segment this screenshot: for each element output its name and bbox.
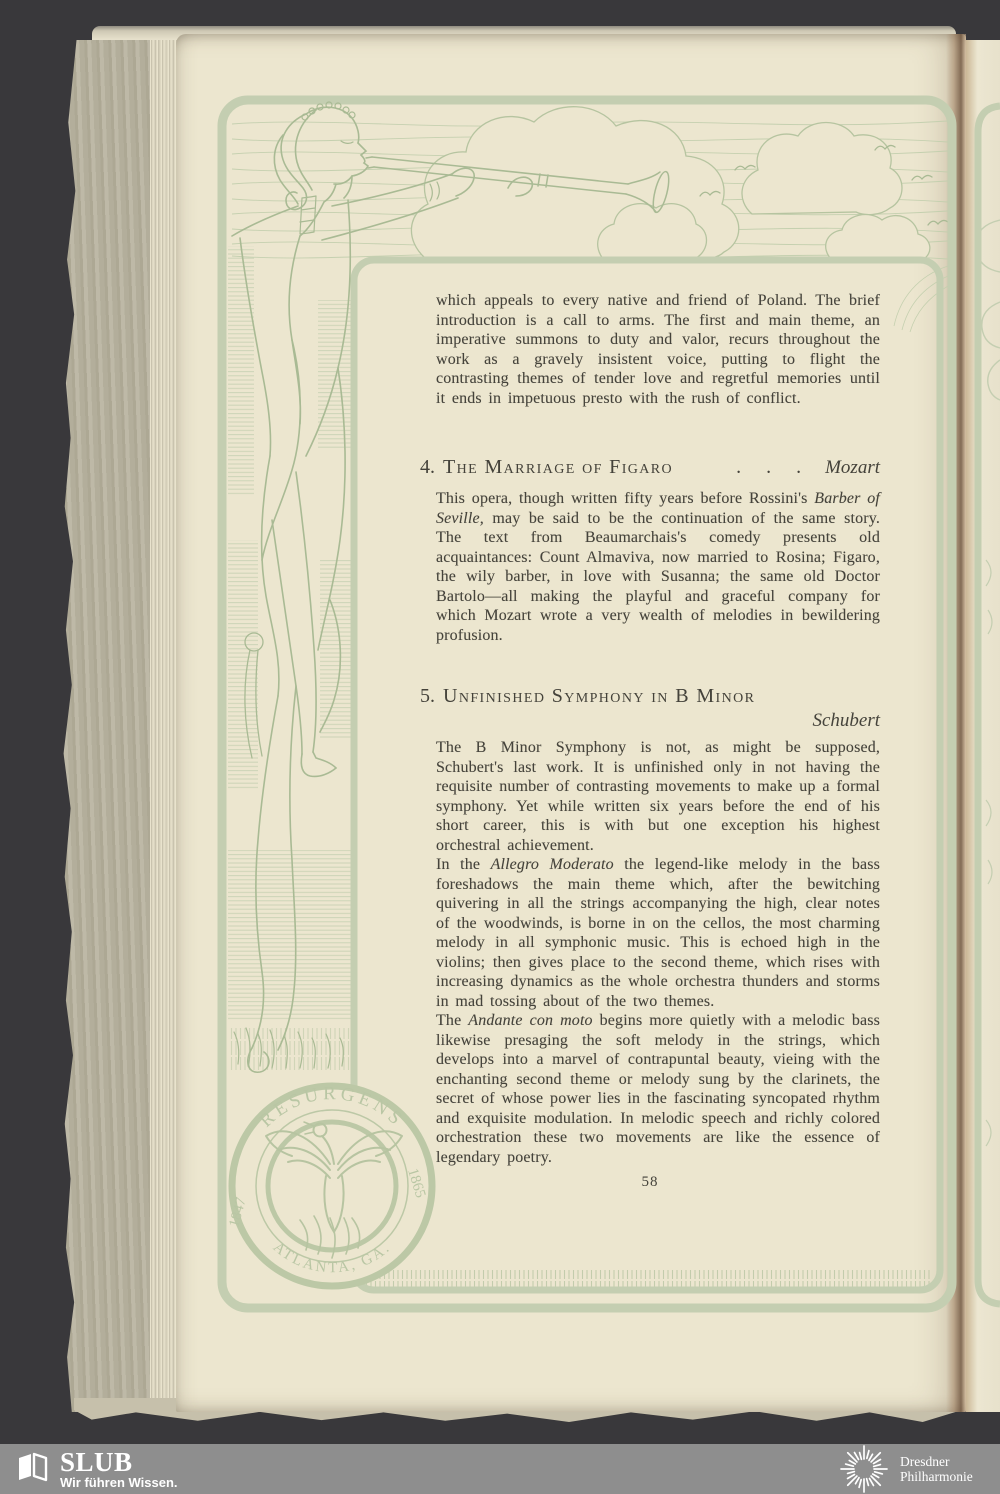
programme-item-4-heading: 4. The Marriage of Figaro . . . Mozart: [420, 454, 880, 481]
next-page-ornament: [966, 40, 1000, 1412]
next-page-sliver: [966, 40, 1000, 1412]
composer-name: Mozart: [825, 455, 880, 481]
programme-item-5-heading: 5. Unfinished Symphony in B Minor: [420, 683, 880, 709]
philharmonie-name-line1: Dresdner: [900, 1454, 973, 1469]
leader-dots: . . .: [736, 454, 811, 480]
philharmonie-branding: Dresdner Philharmonie: [838, 1444, 973, 1494]
viewer-stage: RESURGENS ATLANTA, GA. 1847 1865 which a…: [0, 0, 1000, 1494]
item-title: The Marriage of Figaro: [443, 454, 673, 480]
page-text-column: which appeals to every native and friend…: [420, 291, 880, 1191]
schubert-paragraph-3: The Andante con moto begins more quietly…: [420, 1011, 880, 1167]
item-number: 5.: [420, 683, 435, 709]
schubert-paragraph-2: In the Allegro Moderato the legend-like …: [420, 855, 880, 1011]
item-title: Unfinished Symphony in B Minor: [443, 683, 755, 709]
slub-branding: SLUB Wir führen Wissen.: [16, 1450, 178, 1490]
slub-logo-text: SLUB: [60, 1450, 178, 1475]
composer-name: Schubert: [420, 709, 880, 733]
book-gutter-shadow: [946, 34, 966, 1412]
slub-tagline: Wir führen Wissen.: [60, 1475, 178, 1490]
slub-book-icon: [16, 1450, 50, 1486]
philharmonie-name-line2: Philharmonie: [900, 1469, 973, 1484]
schubert-paragraph-1: The B Minor Symphony is not, as might be…: [420, 738, 880, 855]
item-number: 4.: [420, 454, 435, 480]
philharmonie-starburst-icon: [838, 1444, 890, 1494]
library-footer-bar: SLUB Wir führen Wissen.: [0, 1444, 1000, 1494]
figaro-paragraph: This opera, though written fifty years b…: [420, 489, 880, 645]
page-number: 58: [420, 1174, 880, 1191]
intro-paragraph: which appeals to every native and friend…: [420, 291, 880, 408]
